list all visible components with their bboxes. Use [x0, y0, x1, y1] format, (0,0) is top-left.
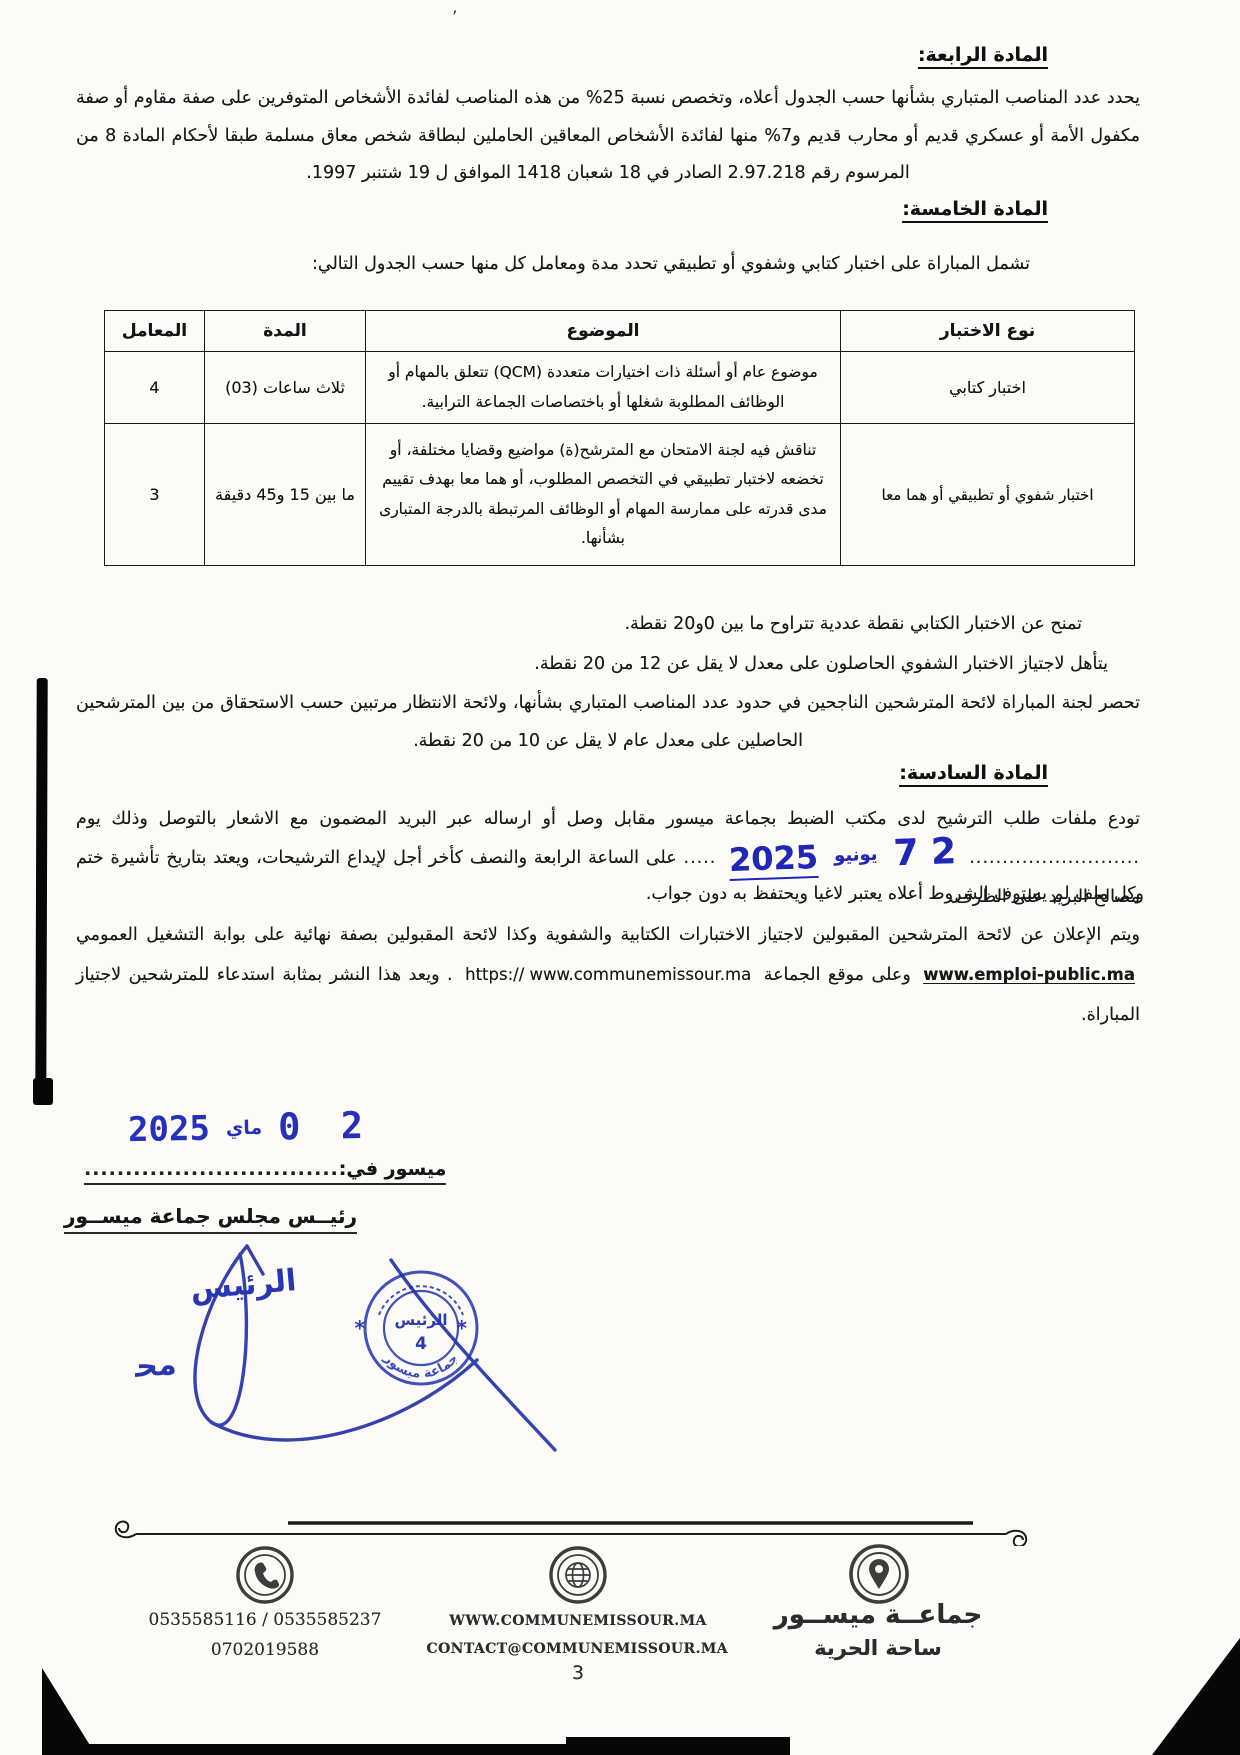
dotted-line: ..... — [684, 839, 717, 878]
dotted-line: .......................... — [969, 839, 1140, 878]
handwritten-day: 2 7 — [893, 831, 957, 874]
handwritten-month: يونيو — [834, 844, 878, 867]
signature-underline-stroke — [211, 1360, 477, 1440]
phone-icon — [234, 1544, 296, 1606]
note-final-list: تحصر لجنة المباراة لائحة المترشحين الناج… — [76, 684, 1140, 760]
col-header-coefficient: المعامل — [105, 311, 205, 352]
exam-table: نوع الاختبار الموضوع المدة المعامل اختبا… — [104, 310, 1135, 566]
footer-phone-mobile: 0702019588 — [115, 1640, 415, 1660]
handwritten-signature: الرئيس محسن العكاوي — [135, 1232, 580, 1457]
cell-exam-type: اختبار كتابي — [841, 352, 1135, 424]
exam-table-wrapper: نوع الاختبار الموضوع المدة المعامل اختبا… — [104, 310, 1135, 566]
date-stamp: 2 0 ماي 2025 — [128, 1104, 373, 1151]
cell-exam-type: اختبار شفوي أو تطبيقي أو هما معا — [841, 424, 1135, 566]
location-pin-icon — [847, 1542, 911, 1606]
footer-phone-numbers: 0535585237 / 0535585116 — [115, 1610, 415, 1630]
handwritten-year: 2025 — [728, 838, 818, 881]
place-date-line: ميسور في:............................... — [84, 1158, 446, 1185]
document-page: ’ › المادة الرابعة: يحدد عدد المناصب الم… — [0, 0, 1240, 1755]
article4-heading: المادة الرابعة: — [918, 44, 1048, 66]
commune-website-url: https:// www.communemissour.ma — [465, 955, 751, 995]
col-header-duration: المدة — [205, 311, 366, 352]
phone-handset-glyph — [255, 1563, 280, 1589]
footer-website: WWW.COMMUNEMISSOUR.MA — [428, 1613, 728, 1629]
scan-artifact-bottom-line — [56, 1744, 571, 1755]
place-label: ميسور في: — [339, 1158, 447, 1180]
globe-meridians — [566, 1563, 590, 1587]
place-dots: ............................... — [84, 1158, 339, 1180]
signature-diagonal-stroke — [391, 1260, 555, 1450]
globe-icon — [547, 1544, 609, 1606]
stamp-month: ماي — [226, 1116, 263, 1139]
cell-subject: تناقش فيه لجنة الامتحان مع المترشح(ة) مو… — [366, 424, 841, 566]
cell-subject: موضوع عام أو أسئلة ذات اختيارات متعددة (… — [366, 352, 841, 424]
scan-artifact-bottom-block — [566, 1737, 790, 1755]
cell-duration: ما بين 15 و45 دقيقة — [205, 424, 366, 566]
table-row-oral-exam: اختبار شفوي أو تطبيقي أو هما معا تناقش ف… — [105, 424, 1135, 566]
note-written-score: تمنح عن الاختبار الكتابي نقطة عددية تترا… — [624, 606, 1140, 644]
pin-glyph — [869, 1559, 889, 1589]
scan-artifact-left-blob — [33, 1078, 53, 1105]
article5-intro: تشمل المباراة على اختبار كتابي وشفوي أو … — [76, 246, 1140, 284]
table-header-row: نوع الاختبار الموضوع المدة المعامل — [105, 311, 1135, 352]
scan-artifact-bottom-left-wedge — [42, 1668, 96, 1755]
article6-heading: المادة السادسة: — [899, 762, 1048, 784]
col-header-exam-type: نوع الاختبار — [841, 311, 1135, 352]
footer-email: CONTACT@COMMUNEMISSOUR.MA — [428, 1641, 728, 1657]
signature-title-script: الرئيس — [189, 1263, 298, 1307]
ornament-right-curl — [1006, 1531, 1026, 1546]
announcement-text-2: وعلى موقع الجماعة — [764, 965, 911, 985]
note-oral-threshold: يتأهل لاجتياز الاختبار الشفوي الحاصلون ع… — [534, 646, 1140, 684]
cell-coefficient: 3 — [105, 424, 205, 566]
signer-title-line: رئيــس مجلس جماعة ميســور — [64, 1204, 357, 1234]
scan-artifact-bottom-right-wedge — [1152, 1638, 1240, 1755]
deposit-text-before-date: تودع ملفات طلب الترشيح لدى مكتب الضبط بج… — [76, 809, 1140, 829]
scan-artifact-left-bar — [35, 678, 47, 1098]
article5-heading: المادة الخامسة: — [902, 198, 1048, 220]
emploi-public-url: www.emploi-public.ma — [923, 955, 1135, 995]
col-header-subject: الموضوع — [366, 311, 841, 352]
stamp-day: 2 0 — [278, 1104, 373, 1149]
cell-duration: ثلاث ساعات (03) — [205, 352, 366, 424]
article4-body: يحدد عدد المناصب المتباري بشأنها حسب الج… — [76, 80, 1140, 193]
announcement-text-1: ويتم الإعلان عن لائحة المترشحين المقبولي… — [76, 925, 1140, 945]
handwritten-deadline-date: 2 7 يونيو 2025 — [723, 852, 962, 866]
article6-paragraph-announcement: ويتم الإعلان عن لائحة المترشحين المقبولي… — [76, 915, 1140, 1035]
footer-commune-address: ساحة الحرية — [728, 1636, 1028, 1660]
table-row-written-exam: اختبار كتابي موضوع عام أو أسئلة ذات اختي… — [105, 352, 1135, 424]
ornament-left-curl — [116, 1521, 136, 1537]
stamp-year: 2025 — [128, 1108, 211, 1149]
cell-coefficient: 4 — [105, 352, 205, 424]
signature-name-script: محسن العكاوي — [135, 1347, 178, 1397]
footer-commune-name: جماعــة ميســور — [728, 1600, 1028, 1630]
article6-paragraph-invalid-file: وكل ملف لم يستوف الشروط أعلاه يعتبر لاغي… — [646, 876, 1144, 914]
page-number: 3 — [428, 1662, 728, 1684]
scan-mark-top: ’ — [452, 8, 457, 28]
